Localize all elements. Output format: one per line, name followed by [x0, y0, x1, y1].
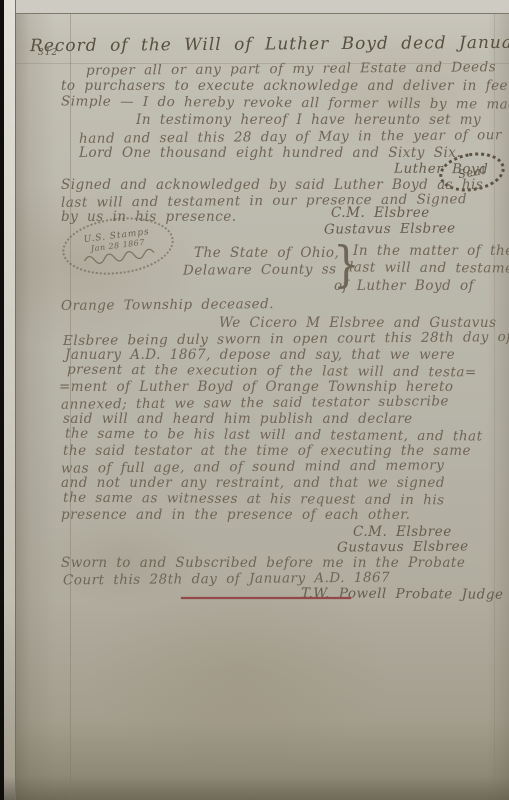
- deposition-line: the same to be his last will and testame…: [65, 427, 483, 444]
- page-top-edge: [16, 0, 509, 14]
- deposition-line: annexed; that we saw the said testator s…: [61, 394, 449, 411]
- caption-matter: In the matter of the: [353, 244, 509, 258]
- deposition-line: said will and heard him publish and decl…: [63, 412, 413, 426]
- record-heading: Record of the Will of Luther Boyd decd J…: [30, 35, 509, 53]
- caption-county: Delaware County ss: [183, 262, 337, 277]
- will-line: Lord One thousand eight hundred and Sixt…: [79, 146, 461, 160]
- will-line: hand and seal this 28 day of May in the …: [79, 128, 502, 146]
- caption-state: The State of Ohio,: [194, 246, 339, 260]
- will-line: to purchasers to execute acknowledge and…: [61, 79, 508, 93]
- deposition-line: presence and in the presence of each oth…: [61, 508, 410, 522]
- witness-signature: C.M. Elsbree: [353, 525, 452, 539]
- judge-signature: T.W. Powell Probate Judge: [301, 586, 504, 601]
- ledger-page: 312 Record of the Will of Luther Boyd de…: [16, 0, 509, 800]
- closing-red-rule: [181, 597, 351, 599]
- deposition-line: the same as witnesses at his request and…: [63, 491, 445, 508]
- ledger-photo: 312 Record of the Will of Luther Boyd de…: [0, 0, 509, 800]
- deposition-line: =ment of Luther Boyd of Orange Township …: [59, 380, 454, 394]
- deposition-line: We Cicero M Elsbree and Gustavus: [219, 316, 497, 330]
- attestation-line: Signed and acknowledged by said Luther B…: [61, 178, 483, 192]
- jurat-line: Sworn to and Subscribed before me in the…: [61, 556, 465, 570]
- caption-matter: of Luther Boyd of: [334, 279, 474, 293]
- will-line: proper all or any part of my real Estate…: [86, 60, 496, 78]
- witness-signature: C.M. Elsbree: [331, 206, 430, 220]
- will-line: Simple — I do hereby revoke all former w…: [61, 94, 509, 111]
- will-line: In testimony hereof I have hereunto set …: [136, 113, 481, 127]
- caption-matter: last will and testament: [349, 260, 509, 275]
- deposition-line: January A.D. 1867, depose and say, that …: [65, 348, 455, 362]
- witness-signature: Gustavus Elsbree: [324, 221, 456, 236]
- deposition-line: and not under any restraint, and that we…: [61, 476, 445, 490]
- witness-signature: Gustavus Elsbree: [337, 539, 469, 554]
- deposition-line: the said testator at the time of executi…: [63, 444, 471, 458]
- deposition-line: was of full age, and of sound mind and m…: [61, 458, 444, 475]
- caption-continuation: Orange Township deceased.: [61, 297, 274, 313]
- deposition-line: Elsbree being duly sworn in open court t…: [63, 330, 509, 348]
- deposition-line: present at the execution of the last wil…: [67, 363, 477, 380]
- book-page-edge: [4, 0, 16, 800]
